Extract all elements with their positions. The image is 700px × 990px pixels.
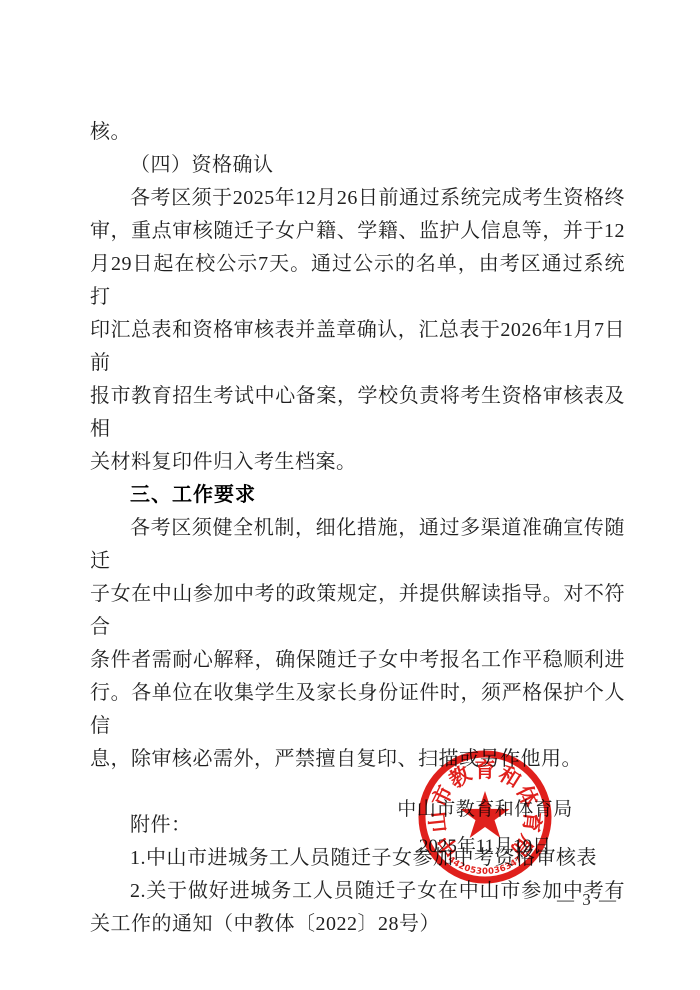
body-line: 各考区须于2025年12月26日前通过系统完成考生资格终 — [90, 182, 625, 215]
body-line: 核。 — [90, 116, 625, 149]
body-line: 审，重点审核随迁子女户籍、学籍、监护人信息等，并于12 — [90, 215, 625, 248]
body-line: 各考区须健全机制，细化措施，通过多渠道准确宣传随迁 — [90, 512, 625, 578]
body-line: 月29日起在校公示7天。通过公示的名单，由考区通过系统打 — [90, 248, 625, 314]
issuer-name: 中山市教育和体育局 — [395, 797, 575, 823]
section-heading: 三、工作要求 — [90, 479, 625, 512]
attachment-item: 关工作的通知（中教体〔2022〕28号） — [90, 908, 625, 941]
page-number: — 3 — — [540, 890, 635, 910]
body-line: 印汇总表和资格审核表并盖章确认，汇总表于2026年1月7日前 — [90, 314, 625, 380]
section-subheading: （四）资格确认 — [90, 149, 625, 182]
body-line: 报市教育招生考试中心备案，学校负责将考生资格审核表及相 — [90, 380, 625, 446]
body-line: 息，除审核必需外，严禁擅自复印、扫描或另作他用。 — [90, 743, 625, 776]
body-line: 子女在中山参加中考的政策规定，并提供解读指导。对不符合 — [90, 578, 625, 644]
signature-block: 中山市教育和体育局 2025年11月19日 — [395, 797, 575, 860]
body-line: 条件者需耐心解释，确保随迁子女中考报名工作平稳顺利进 — [90, 644, 625, 677]
body-line: 行。各单位在收集学生及家长身份证件时，须严格保护个人信 — [90, 677, 625, 743]
body-line: 关材料复印件归入考生档案。 — [90, 446, 625, 479]
document-page: 核。 （四）资格确认 各考区须于2025年12月26日前通过系统完成考生资格终 … — [0, 0, 700, 990]
signature-date: 2025年11月19日 — [395, 834, 575, 860]
